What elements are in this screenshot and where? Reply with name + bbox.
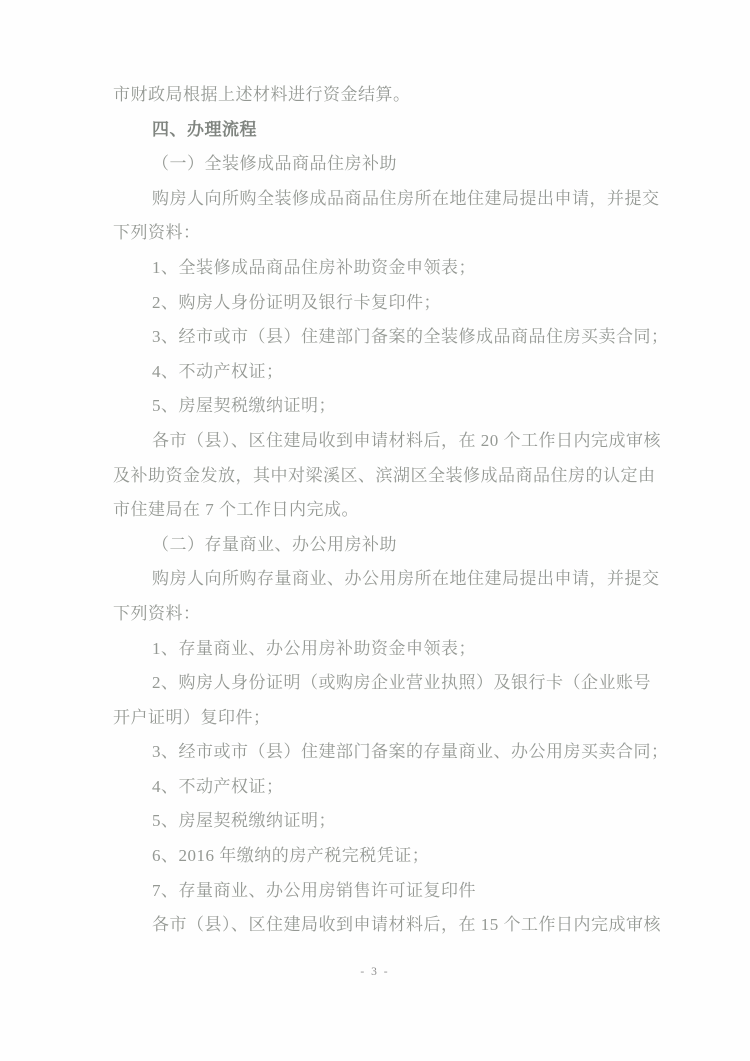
- list-item-2-continuation: 开户证明）复印件；: [113, 701, 669, 736]
- paragraph-line: 下列资料：: [113, 597, 669, 632]
- list-item-3: 3、经市或市（县）住建部门备案的存量商业、办公用房买卖合同；: [113, 735, 669, 770]
- paragraph-line: 下列资料：: [113, 216, 669, 251]
- paragraph-line: 及补助资金发放，其中对梁溪区、滨湖区全装修成品商品住房的认定由: [113, 459, 669, 494]
- list-item-1: 1、全装修成品商品住房补助资金申领表；: [113, 251, 669, 286]
- document-body: 市财政局根据上述材料进行资金结算。 四、办理流程 （一）全装修成品商品住房补助 …: [113, 78, 669, 943]
- paragraph-line: 购房人向所购全装修成品商品住房所在地住建局提出申请，并提交: [113, 182, 669, 217]
- paragraph-line: 各市（县）、区住建局收到申请材料后，在 20 个工作日内完成审核: [113, 424, 669, 459]
- subsection-heading-one: （一）全装修成品商品住房补助: [113, 147, 669, 182]
- document-page: 市财政局根据上述材料进行资金结算。 四、办理流程 （一）全装修成品商品住房补助 …: [0, 0, 750, 1061]
- list-item-2: 2、购房人身份证明及银行卡复印件；: [113, 286, 669, 321]
- list-item-7: 7、存量商业、办公用房销售许可证复印件: [113, 874, 669, 909]
- list-item-5: 5、房屋契税缴纳证明；: [113, 804, 669, 839]
- list-item-5: 5、房屋契税缴纳证明；: [113, 389, 669, 424]
- subsection-heading-two: （二）存量商业、办公用房补助: [113, 528, 669, 563]
- paragraph-line: 各市（县）、区住建局收到申请材料后，在 15 个工作日内完成审核: [113, 908, 669, 943]
- list-item-4: 4、不动产权证；: [113, 355, 669, 390]
- list-item-3: 3、经市或市（县）住建部门备案的全装修成品商品住房买卖合同；: [113, 320, 669, 355]
- list-item-1: 1、存量商业、办公用房补助资金申领表；: [113, 632, 669, 667]
- list-item-2: 2、购房人身份证明（或购房企业营业执照）及银行卡（企业账号: [113, 666, 669, 701]
- paragraph-line: 购房人向所购存量商业、办公用房所在地住建局提出申请，并提交: [113, 562, 669, 597]
- section-heading-four: 四、办理流程: [113, 113, 669, 148]
- list-item-4: 4、不动产权证；: [113, 770, 669, 805]
- list-item-6: 6、2016 年缴纳的房产税完税凭证；: [113, 839, 669, 874]
- page-number: - 3 -: [0, 966, 750, 978]
- paragraph-line: 市住建局在 7 个工作日内完成。: [113, 493, 669, 528]
- continuation-paragraph-line: 市财政局根据上述材料进行资金结算。: [113, 78, 669, 113]
